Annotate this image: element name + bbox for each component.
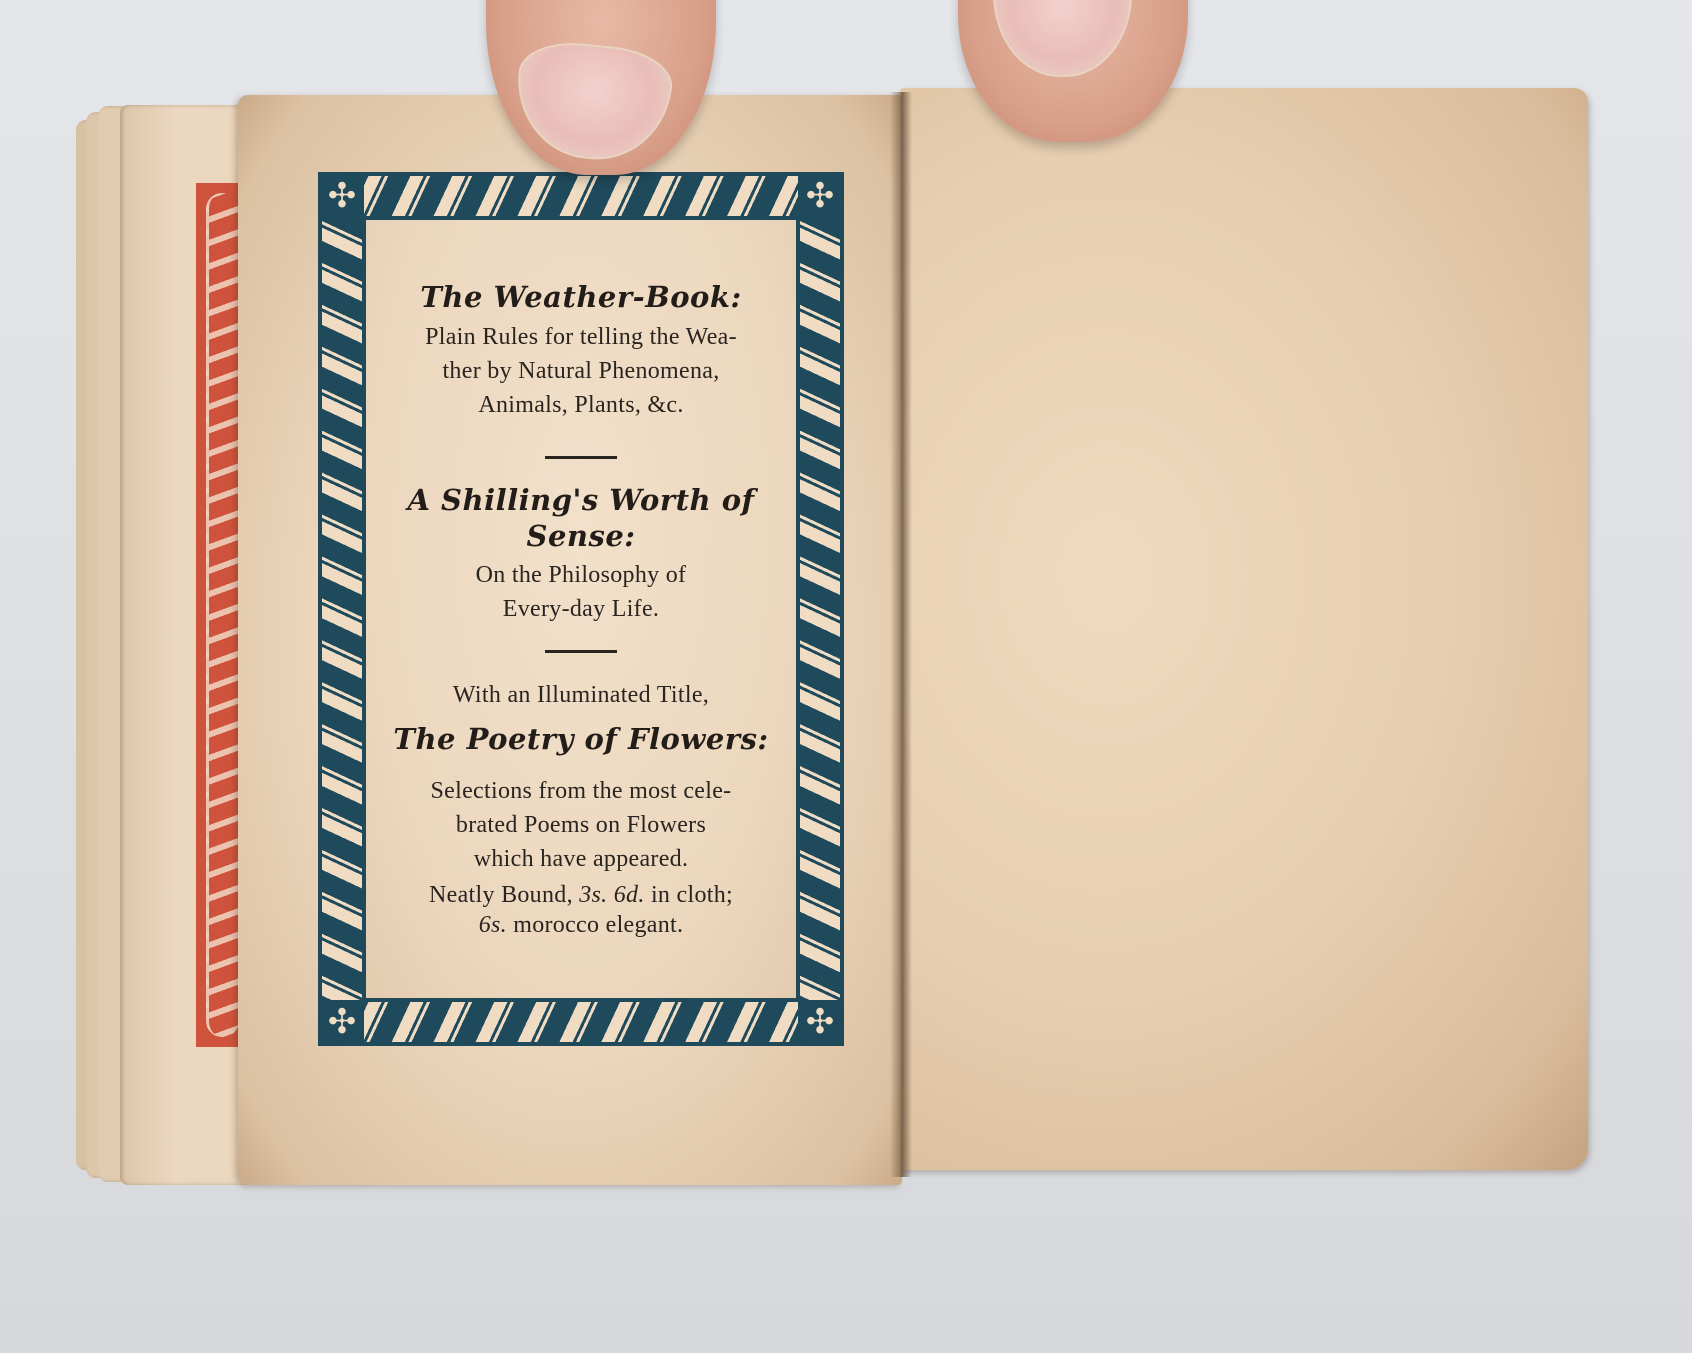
price-prefix: Neatly Bound, — [429, 882, 573, 908]
red-ornamental-border — [196, 183, 240, 1047]
price-morocco-suffix: morocco elegant. — [513, 912, 683, 938]
photo-scene: ✣ ✣ ✣ ✣ The Weather-Book: Plain Rules fo… — [0, 0, 1692, 1353]
book-gutter — [890, 92, 912, 1177]
rope-border-right — [800, 218, 840, 1000]
title-shillings-worth: A Shilling's Worth of Sense: — [366, 482, 796, 554]
price-line-1: Neatly Bound, 3s. 6d. in cloth; — [366, 880, 796, 910]
right-page-blank — [900, 88, 1588, 1170]
description-line: brated Poems on Flowers — [366, 808, 796, 842]
rope-border-frame: ✣ ✣ ✣ ✣ The Weather-Book: Plain Rules fo… — [318, 172, 844, 1046]
vine-ornament-icon — [206, 193, 239, 1037]
section-divider — [545, 456, 617, 459]
rope-border-top — [364, 176, 798, 216]
price-cloth: 3s. 6d. — [579, 882, 644, 908]
quatrefoil-corner-icon: ✣ — [322, 1002, 362, 1042]
illuminated-title-intro: With an Illuminated Title, — [366, 678, 796, 712]
title-poetry-of-flowers: The Poetry of Flowers: — [366, 722, 796, 756]
description-line: which have appeared. — [366, 842, 796, 876]
quatrefoil-corner-icon: ✣ — [800, 1002, 840, 1042]
description-line: Every-day Life. — [366, 592, 796, 626]
description-line: On the Philosophy of — [366, 558, 796, 592]
description-line: Plain Rules for telling the Wea- — [366, 320, 796, 354]
fingernail — [993, 0, 1132, 77]
section-divider — [545, 650, 617, 653]
description-line: ther by Natural Phenomena, — [366, 354, 796, 388]
quatrefoil-corner-icon: ✣ — [800, 176, 840, 216]
rope-border-left — [322, 218, 362, 1000]
price-line-2: 6s. morocco elegant. — [366, 910, 796, 940]
fingernail — [510, 37, 675, 166]
description-line: Animals, Plants, &c. — [366, 388, 796, 422]
price-morocco: 6s. — [479, 912, 507, 938]
quatrefoil-corner-icon: ✣ — [322, 176, 362, 216]
price-notice: Neatly Bound, 3s. 6d. in cloth; 6s. moro… — [366, 880, 796, 940]
price-cloth-suffix: in cloth; — [651, 882, 733, 908]
page-text-area: The Weather-Book: Plain Rules for tellin… — [366, 220, 796, 998]
description-line: Selections from the most cele- — [366, 774, 796, 808]
title-weather-book: The Weather-Book: — [366, 280, 796, 314]
shillings-worth-description: On the Philosophy of Every-day Life. — [366, 558, 796, 626]
poetry-of-flowers-description: Selections from the most cele- brated Po… — [366, 774, 796, 876]
weather-book-description: Plain Rules for telling the Wea- ther by… — [366, 320, 796, 422]
rope-border-bottom — [364, 1002, 798, 1042]
